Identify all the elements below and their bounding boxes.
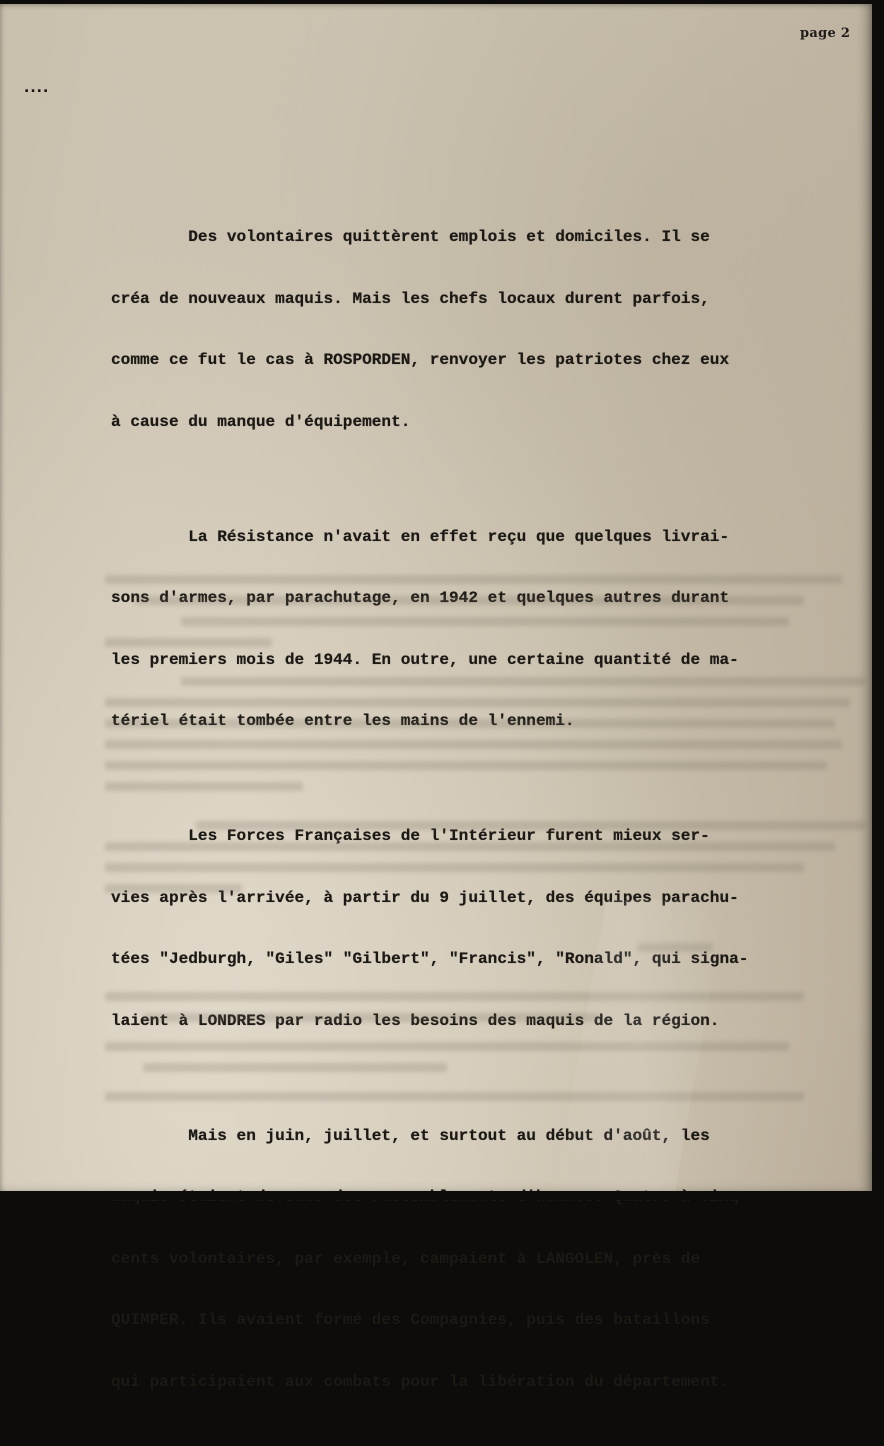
paragraph-ffi: Les Forces Françaises de l'Intérieur fur… <box>111 785 871 1072</box>
text-line: Des volontaires quittèrent emplois et do… <box>111 227 871 248</box>
text-line: tériel était tombée entre les mains de l… <box>111 711 871 732</box>
text-line: Les Forces Françaises de l'Intérieur fur… <box>111 826 871 847</box>
paragraph-maquis: Mais en juin, juillet, et surtout au déb… <box>111 1085 871 1201</box>
paragraph-resistance: La Résistance n'avait en effet reçu que … <box>111 486 871 773</box>
document-page: page 2 .... Des volontaires quittèrent e… <box>0 0 872 1192</box>
background-right <box>872 0 884 1200</box>
text-line: les premiers mois de 1944. En outre, une… <box>111 650 871 671</box>
text-line: comme ce fut le cas à ROSPORDEN, renvoye… <box>111 350 871 371</box>
text-line: vies après l'arrivée, à partir du 9 juil… <box>111 888 871 909</box>
text-line: créa de nouveaux maquis. Mais les chefs … <box>111 289 871 310</box>
text-line: La Résistance n'avait en effet reçu que … <box>111 527 871 548</box>
page-top-edge <box>0 0 884 4</box>
body-text: Des volontaires quittèrent emplois et do… <box>111 186 871 1200</box>
text-line: sons d'armes, par parachutage, en 1942 e… <box>111 588 871 609</box>
text-line: Mais en juin, juillet, et surtout au déb… <box>111 1126 871 1147</box>
text-line: laient à LONDRES par radio les besoins d… <box>111 1011 871 1032</box>
background-bottom <box>0 1191 884 1200</box>
text-line: tées "Jedburgh, "Giles" "Gilbert", "Fran… <box>111 949 871 970</box>
continuation-mark: .... <box>24 80 49 96</box>
paragraph-volontaires: Des volontaires quittèrent emplois et do… <box>111 186 871 473</box>
page-number: page 2 <box>800 26 850 41</box>
text-line: à cause du manque d'équipement. <box>111 412 871 433</box>
